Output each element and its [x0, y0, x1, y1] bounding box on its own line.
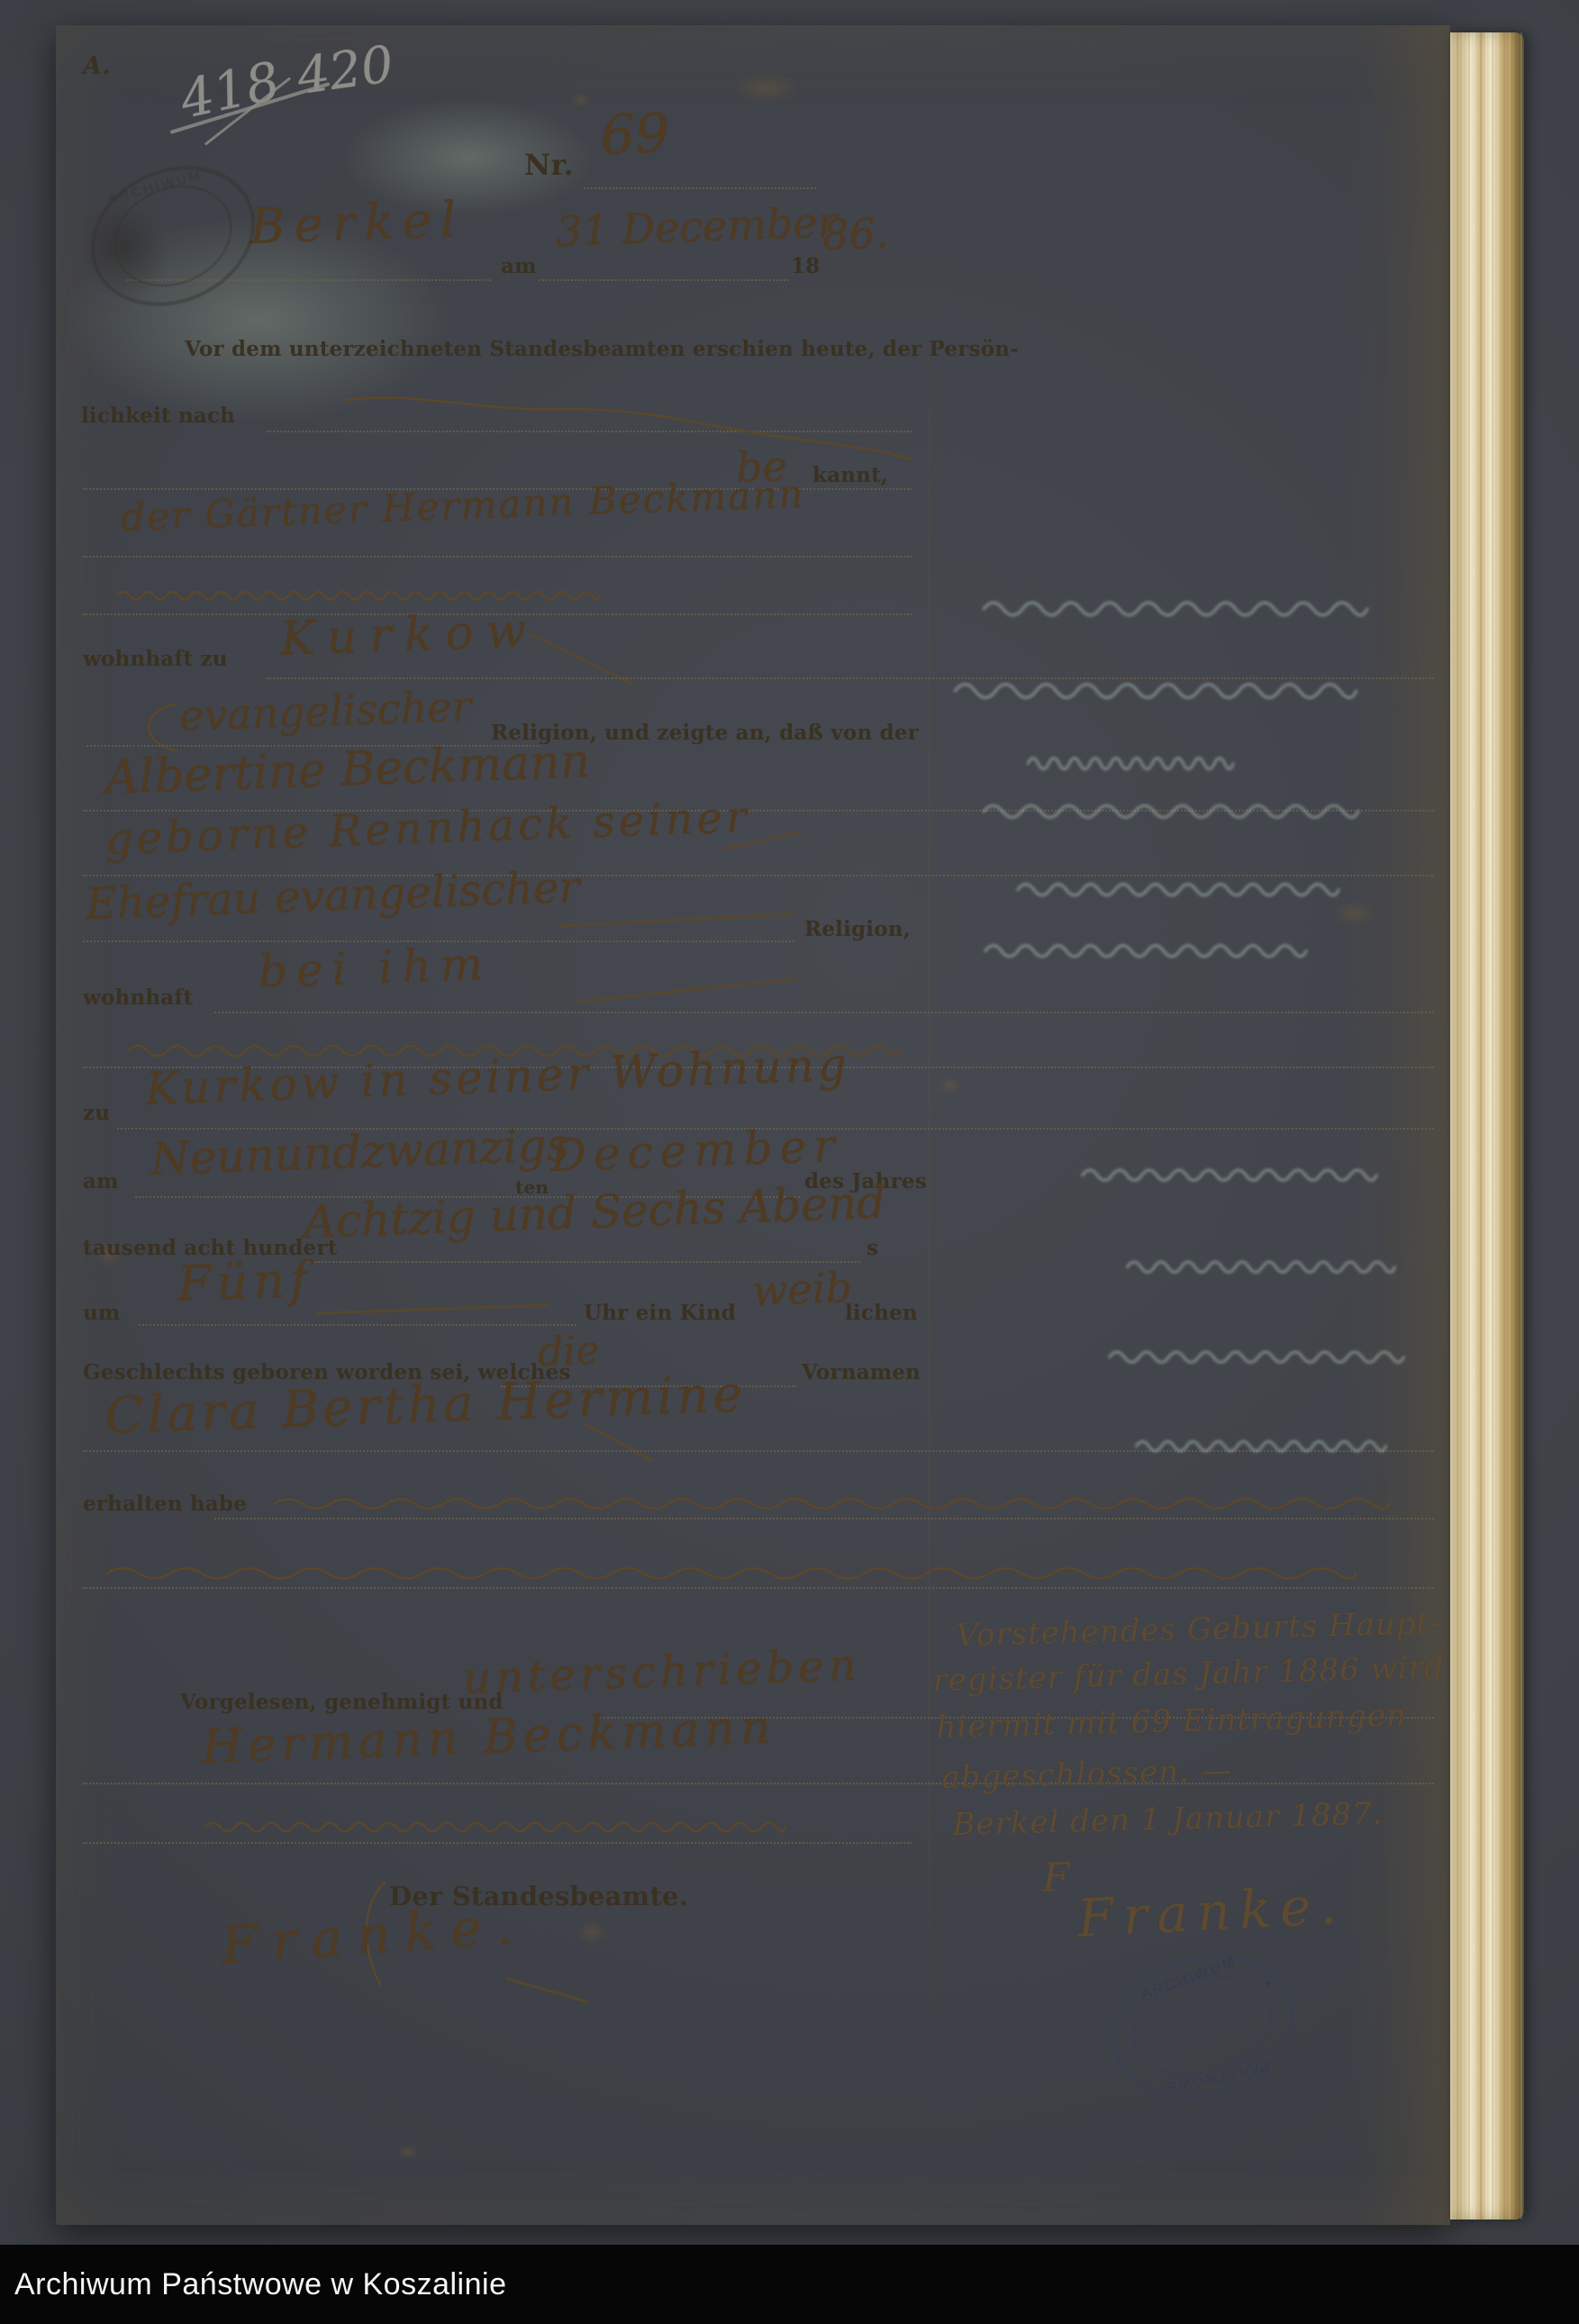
article-handwritten: die — [537, 1328, 600, 1375]
wohnhaft-zu-label: wohnhaft zu — [83, 647, 228, 671]
am-label: am — [501, 254, 537, 278]
erhalten-label: erhalten habe — [83, 1492, 247, 1516]
note-line-4: abgeschlossen. — — [941, 1753, 1232, 1796]
am2-label: am — [83, 1169, 119, 1194]
rule-line — [83, 1842, 912, 1844]
ink-squiggle — [101, 1560, 1362, 1584]
archive-name: Archiwum Państwowe w Koszalinie — [14, 2267, 506, 2302]
bleed-through-text — [953, 674, 1358, 704]
vornamen-label: Vornamen — [802, 1360, 921, 1384]
bleed-through-text — [1016, 876, 1340, 901]
rule-line — [303, 1261, 860, 1263]
bleed-through-text — [982, 796, 1360, 823]
rule-line — [83, 556, 912, 558]
declarant-residence: Kurkow — [279, 604, 540, 667]
record-number-label: Nr. — [524, 148, 574, 182]
um-label: um — [83, 1301, 120, 1325]
rule-line — [214, 1518, 1434, 1520]
fox-spot — [569, 92, 593, 108]
book-page-edge-lines — [1450, 32, 1524, 2220]
lichen-label: lichen — [845, 1301, 918, 1325]
scanned-registry-page: A. 418 420 Nr. 69 Berkel am 31 December … — [0, 0, 1579, 2324]
rule-line — [214, 1012, 1434, 1013]
fox-spot — [730, 72, 802, 104]
ink-squiggle — [268, 1492, 1394, 1513]
birth-month: December — [549, 1120, 843, 1182]
fox-spot — [1333, 901, 1375, 926]
record-number-value: 69 — [600, 102, 671, 168]
ink-squiggle — [115, 586, 602, 604]
registry-date: 31 December — [555, 197, 838, 256]
rule-line — [139, 1324, 576, 1326]
uhr-label: Uhr ein Kind — [584, 1301, 736, 1325]
zu-label: zu — [83, 1101, 110, 1125]
fox-spot — [576, 1920, 607, 1944]
form-corner-letter: A. — [83, 52, 111, 80]
religion2-label: Religion, — [804, 917, 911, 941]
s-suffix-label: s — [867, 1236, 878, 1260]
rule-line — [584, 187, 816, 189]
intro-line1: Vor dem unterzeichneten Standesbeamten e… — [185, 337, 1019, 361]
birth-hour: Fünf — [177, 1251, 314, 1312]
declarant-religion: evangelischer — [178, 682, 472, 740]
mother-residence-value: bei ihm — [258, 938, 493, 998]
fox-spot — [396, 2144, 420, 2160]
registry-place: Berkel — [249, 191, 466, 255]
rule-line — [83, 1587, 1434, 1589]
child-sex-handwritten: weib — [751, 1263, 853, 1315]
rule-line — [539, 279, 789, 281]
paper-crease — [928, 234, 930, 2081]
wohnhaft-label: wohnhaft — [83, 985, 193, 1010]
year-handwritten: 86. — [821, 208, 889, 259]
known-printed: kannt, — [812, 463, 888, 487]
note-initial: F — [1041, 1855, 1070, 1902]
year-printed-prefix: 18 — [791, 254, 820, 278]
bleed-through-text — [984, 937, 1308, 962]
paper-fold-shadow — [1351, 25, 1450, 2225]
bleed-through-text — [1081, 1162, 1378, 1185]
bleed-through-text — [982, 593, 1369, 622]
ink-filler-stroke — [342, 391, 914, 465]
bleed-through-text — [1108, 1344, 1405, 1367]
fox-spot — [937, 1076, 962, 1094]
ink-squiggle — [203, 1816, 788, 1836]
bleed-through-text — [1027, 749, 1234, 775]
bleed-through-text — [1126, 1254, 1396, 1277]
vorgelesen-label: Vorgelesen, genehmigt und — [180, 1690, 504, 1714]
intro-line2: lichkeit nach — [81, 404, 235, 428]
archive-footer-bar: Archiwum Państwowe w Koszalinie — [0, 2245, 1579, 2324]
bleed-through-text — [1135, 1434, 1387, 1456]
